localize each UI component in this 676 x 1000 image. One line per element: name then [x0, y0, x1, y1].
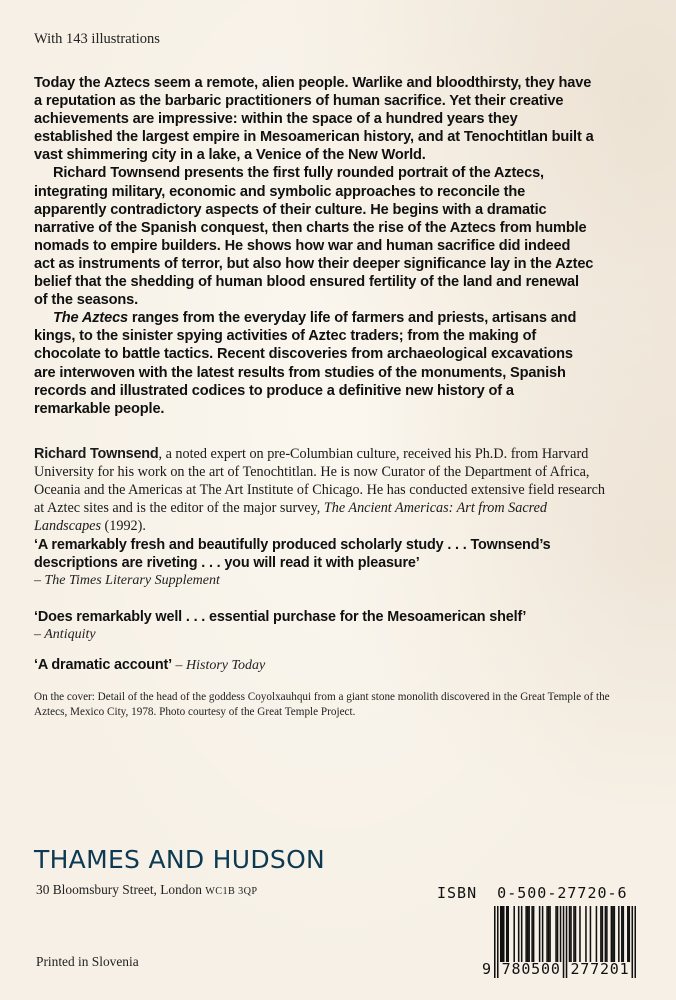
review-quote: ‘A dramatic account’ – History Today: [34, 656, 614, 675]
review-text: ‘A dramatic account’: [34, 657, 172, 673]
blurb-text: Richard Townsend presents the first full…: [34, 165, 593, 308]
blurb-paragraph: The Aztecs ranges from the everyday life…: [34, 309, 594, 418]
review-source: – The Times Literary Supplement: [34, 572, 614, 590]
review-text: ‘A remarkably fresh and beautifully prod…: [34, 536, 614, 572]
review-quote: ‘A remarkably fresh and beautifully prod…: [34, 536, 614, 590]
review-source: – History Today: [172, 658, 265, 673]
blurb-text: Today the Aztecs seem a remote, alien pe…: [34, 75, 594, 163]
author-bio: Richard Townsend, a noted expert on pre-…: [34, 445, 614, 535]
review-text: ‘Does remarkably well . . . essential pu…: [34, 608, 614, 626]
blurb-paragraph: Today the Aztecs seem a remote, alien pe…: [34, 74, 594, 164]
printed-in: Printed in Slovenia: [36, 954, 139, 970]
book-blurb: Today the Aztecs seem a remote, alien pe…: [34, 74, 594, 418]
publisher-name: THAMES AND HUDSON: [34, 845, 325, 874]
address-street: 30 Bloomsbury Street, London: [36, 882, 205, 897]
isbn-label: ISBN 0-500-27720-6: [437, 884, 628, 902]
review-quote: ‘Does remarkably well . . . essential pu…: [34, 608, 614, 644]
cover-note: On the cover: Detail of the head of the …: [34, 690, 614, 720]
ean-number: 9 780500 277201: [482, 960, 629, 978]
blurb-italic-title: The Aztecs: [53, 310, 128, 326]
address-postcode: WC1B 3QP: [205, 886, 257, 897]
publisher-address: 30 Bloomsbury Street, London WC1B 3QP: [36, 882, 257, 898]
author-name: Richard Townsend: [34, 446, 158, 462]
review-source: – Antiquity: [34, 626, 614, 644]
illustrations-note: With 143 illustrations: [34, 31, 160, 48]
blurb-paragraph: Richard Townsend presents the first full…: [34, 164, 594, 309]
bio-text-end: (1992).: [101, 518, 146, 534]
